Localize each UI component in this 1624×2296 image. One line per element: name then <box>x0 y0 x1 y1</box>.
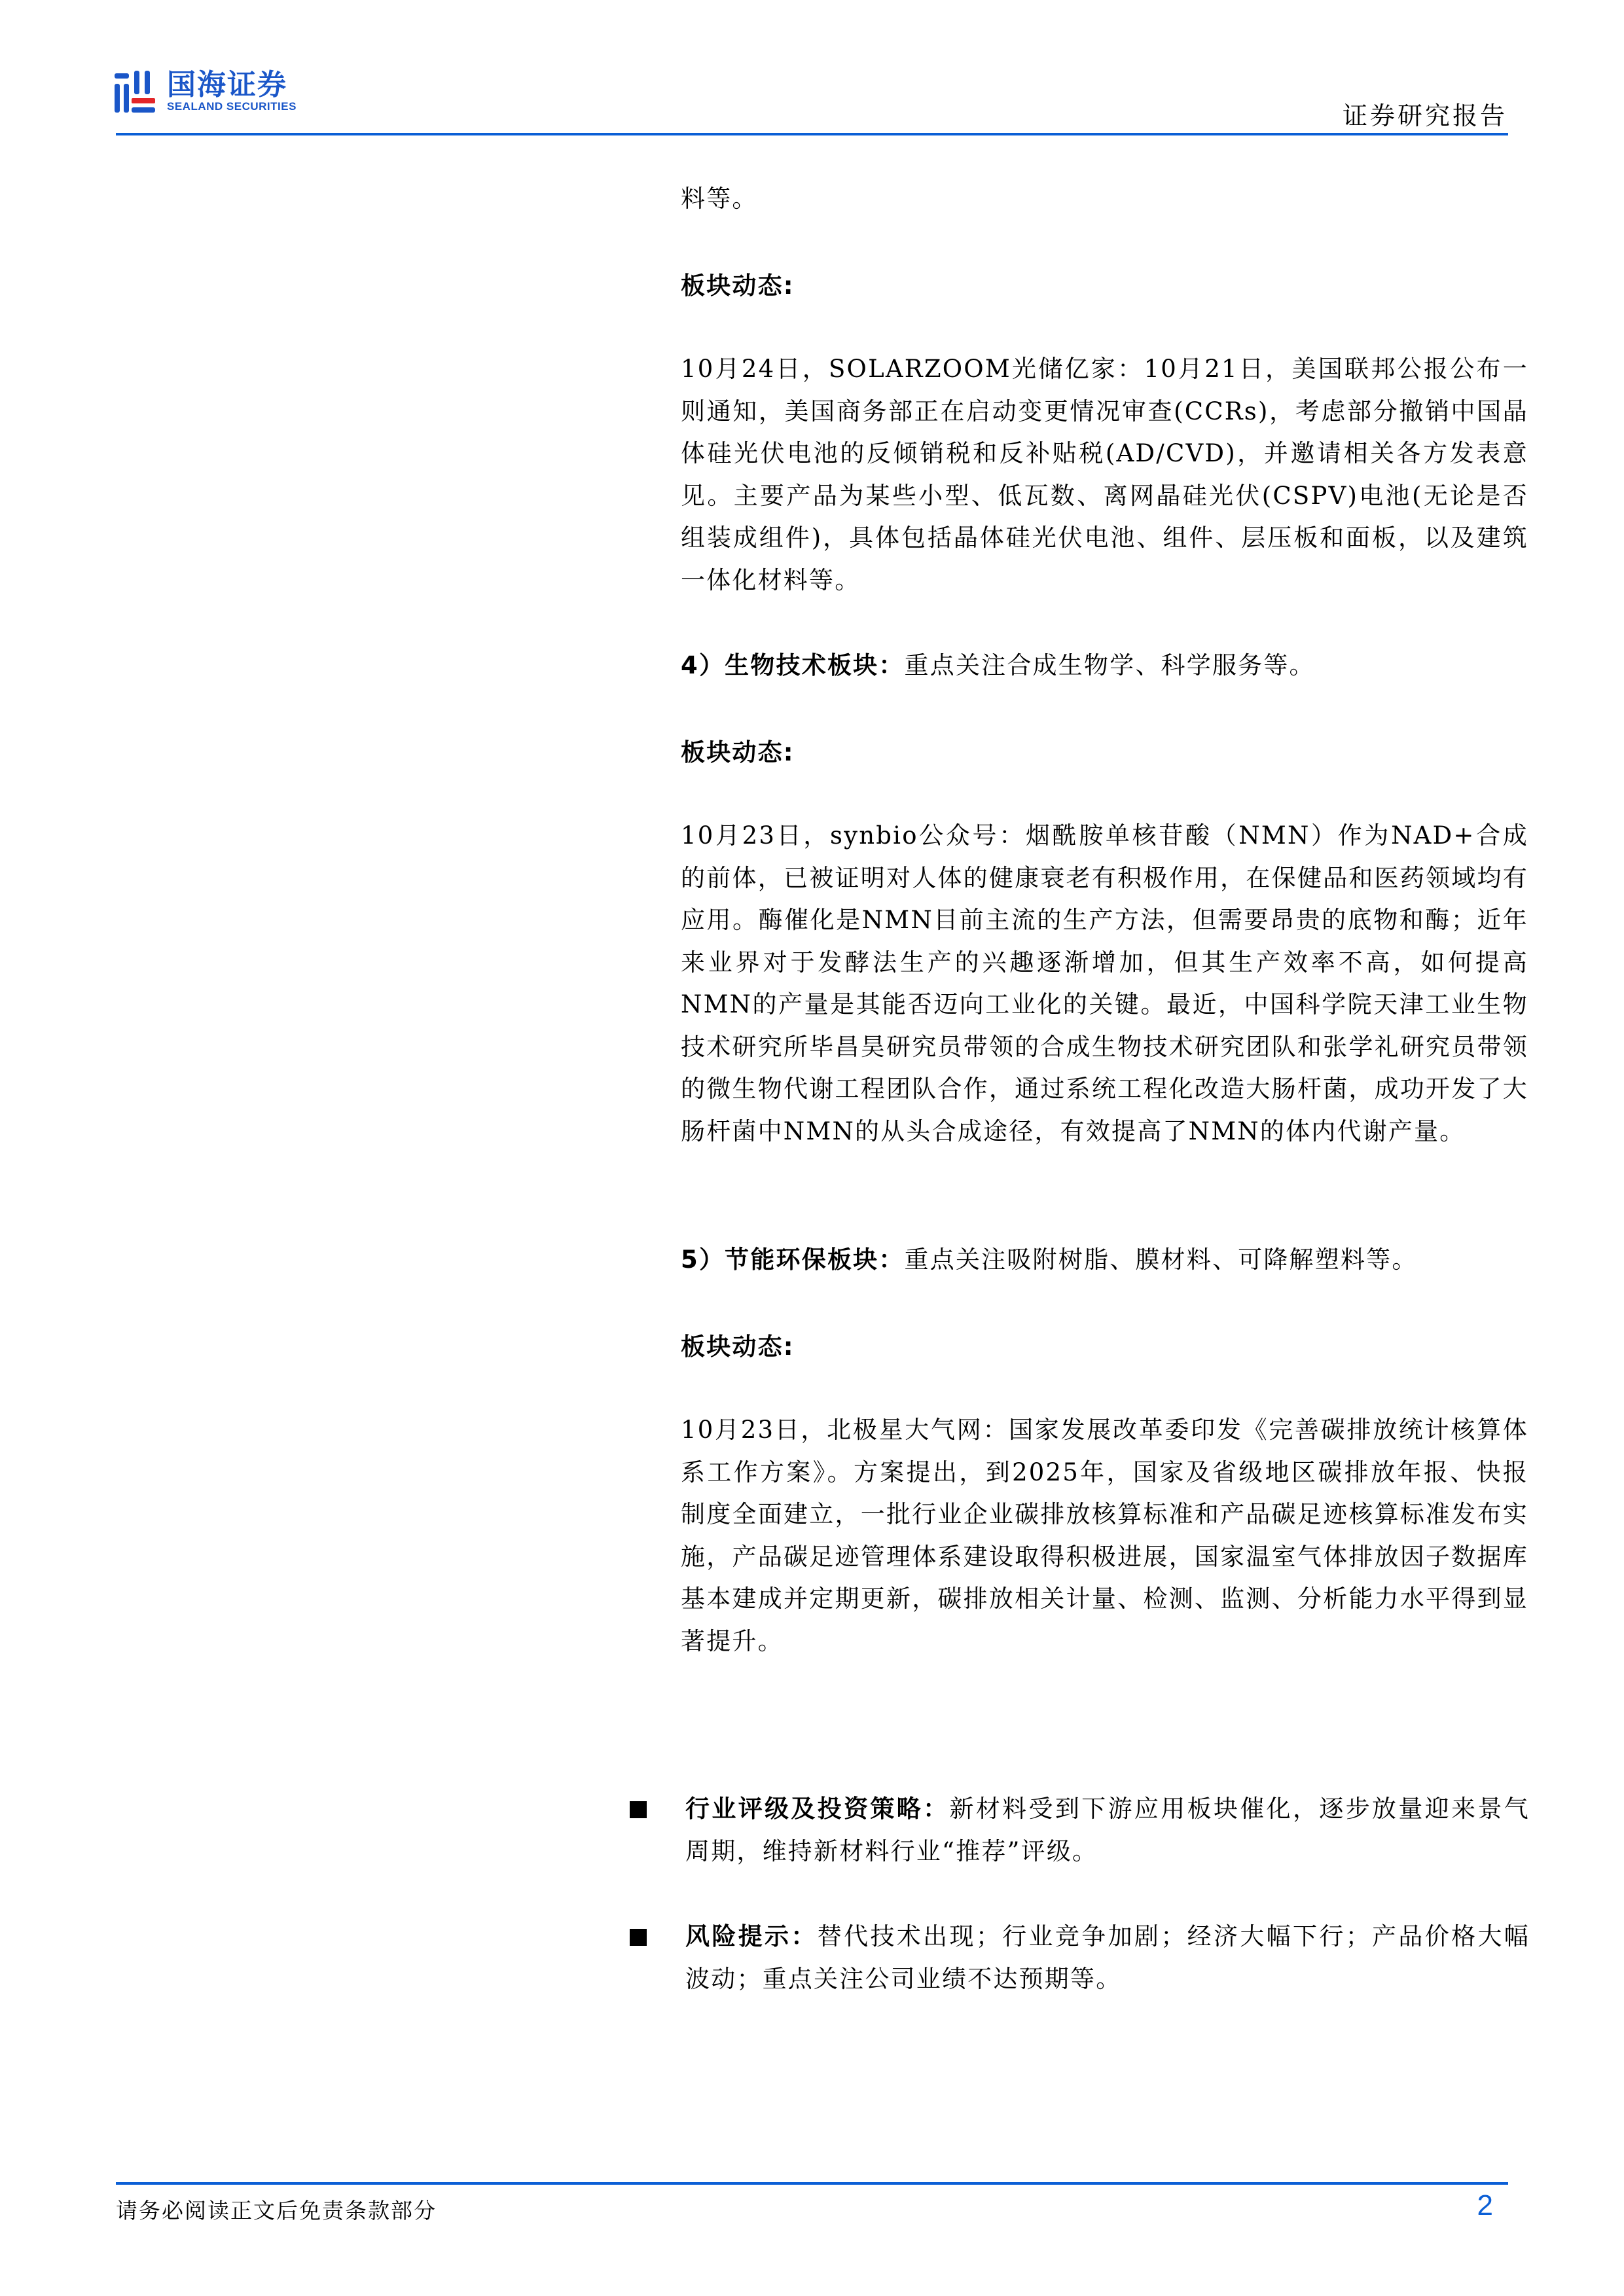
sector-heading-text: 重点关注合成生物学、科学服务等。 <box>905 651 1315 679</box>
sector-dynamics-label: 板块动态: <box>681 732 1528 774</box>
sector-dynamics-text: 10月23日，synbio公众号：烟酰胺单核苷酸（NMN）作为NAD+合成的前体… <box>681 815 1528 1153</box>
sector-dynamics-label: 板块动态: <box>681 265 1528 308</box>
sector-dynamics-label: 板块动态: <box>681 1326 1528 1369</box>
bullet-label: 风险提示： <box>685 1922 818 1950</box>
sector-heading-biotech: 4）生物技术板块：重点关注合成生物学、科学服务等。 <box>681 645 1528 687</box>
square-bullet-icon <box>630 1801 647 1818</box>
sector-heading-energy-env: 5）节能环保板块：重点关注吸附树脂、膜材料、可降解塑料等。 <box>681 1239 1528 1282</box>
sealand-logo-icon <box>115 71 155 113</box>
page-number: 2 <box>1477 2189 1493 2222</box>
continuation-text: 料等。 <box>681 178 1528 221</box>
sector-heading-label: 4）生物技术板块： <box>681 651 905 679</box>
report-type-label: 证券研究报告 <box>1343 96 1507 132</box>
company-logo: 国海证券 SEALAND SECURITIES <box>115 68 297 115</box>
square-bullet-icon <box>630 1929 647 1946</box>
footer-divider <box>116 2182 1508 2185</box>
bullet-label: 行业评级及投资策略： <box>685 1795 949 1823</box>
sector-heading-text: 重点关注吸附树脂、膜材料、可降解塑料等。 <box>905 1246 1418 1274</box>
header-divider <box>116 133 1508 135</box>
sector-dynamics-text: 10月24日，SOLARZOOM光储亿家：10月21日，美国联邦公报公布一则通知… <box>681 348 1528 601</box>
sector-heading-label: 5）节能环保板块： <box>681 1246 905 1274</box>
disclaimer-note: 请务必阅读正文后免责条款部分 <box>116 2194 437 2225</box>
logo-english-name: SEALAND SECURITIES <box>167 100 297 113</box>
sector-dynamics-text: 10月23日，北极星大气网：国家发展改革委印发《完善碳排放统计核算体系工作方案》… <box>681 1409 1528 1662</box>
logo-chinese-name: 国海证券 <box>167 70 297 100</box>
